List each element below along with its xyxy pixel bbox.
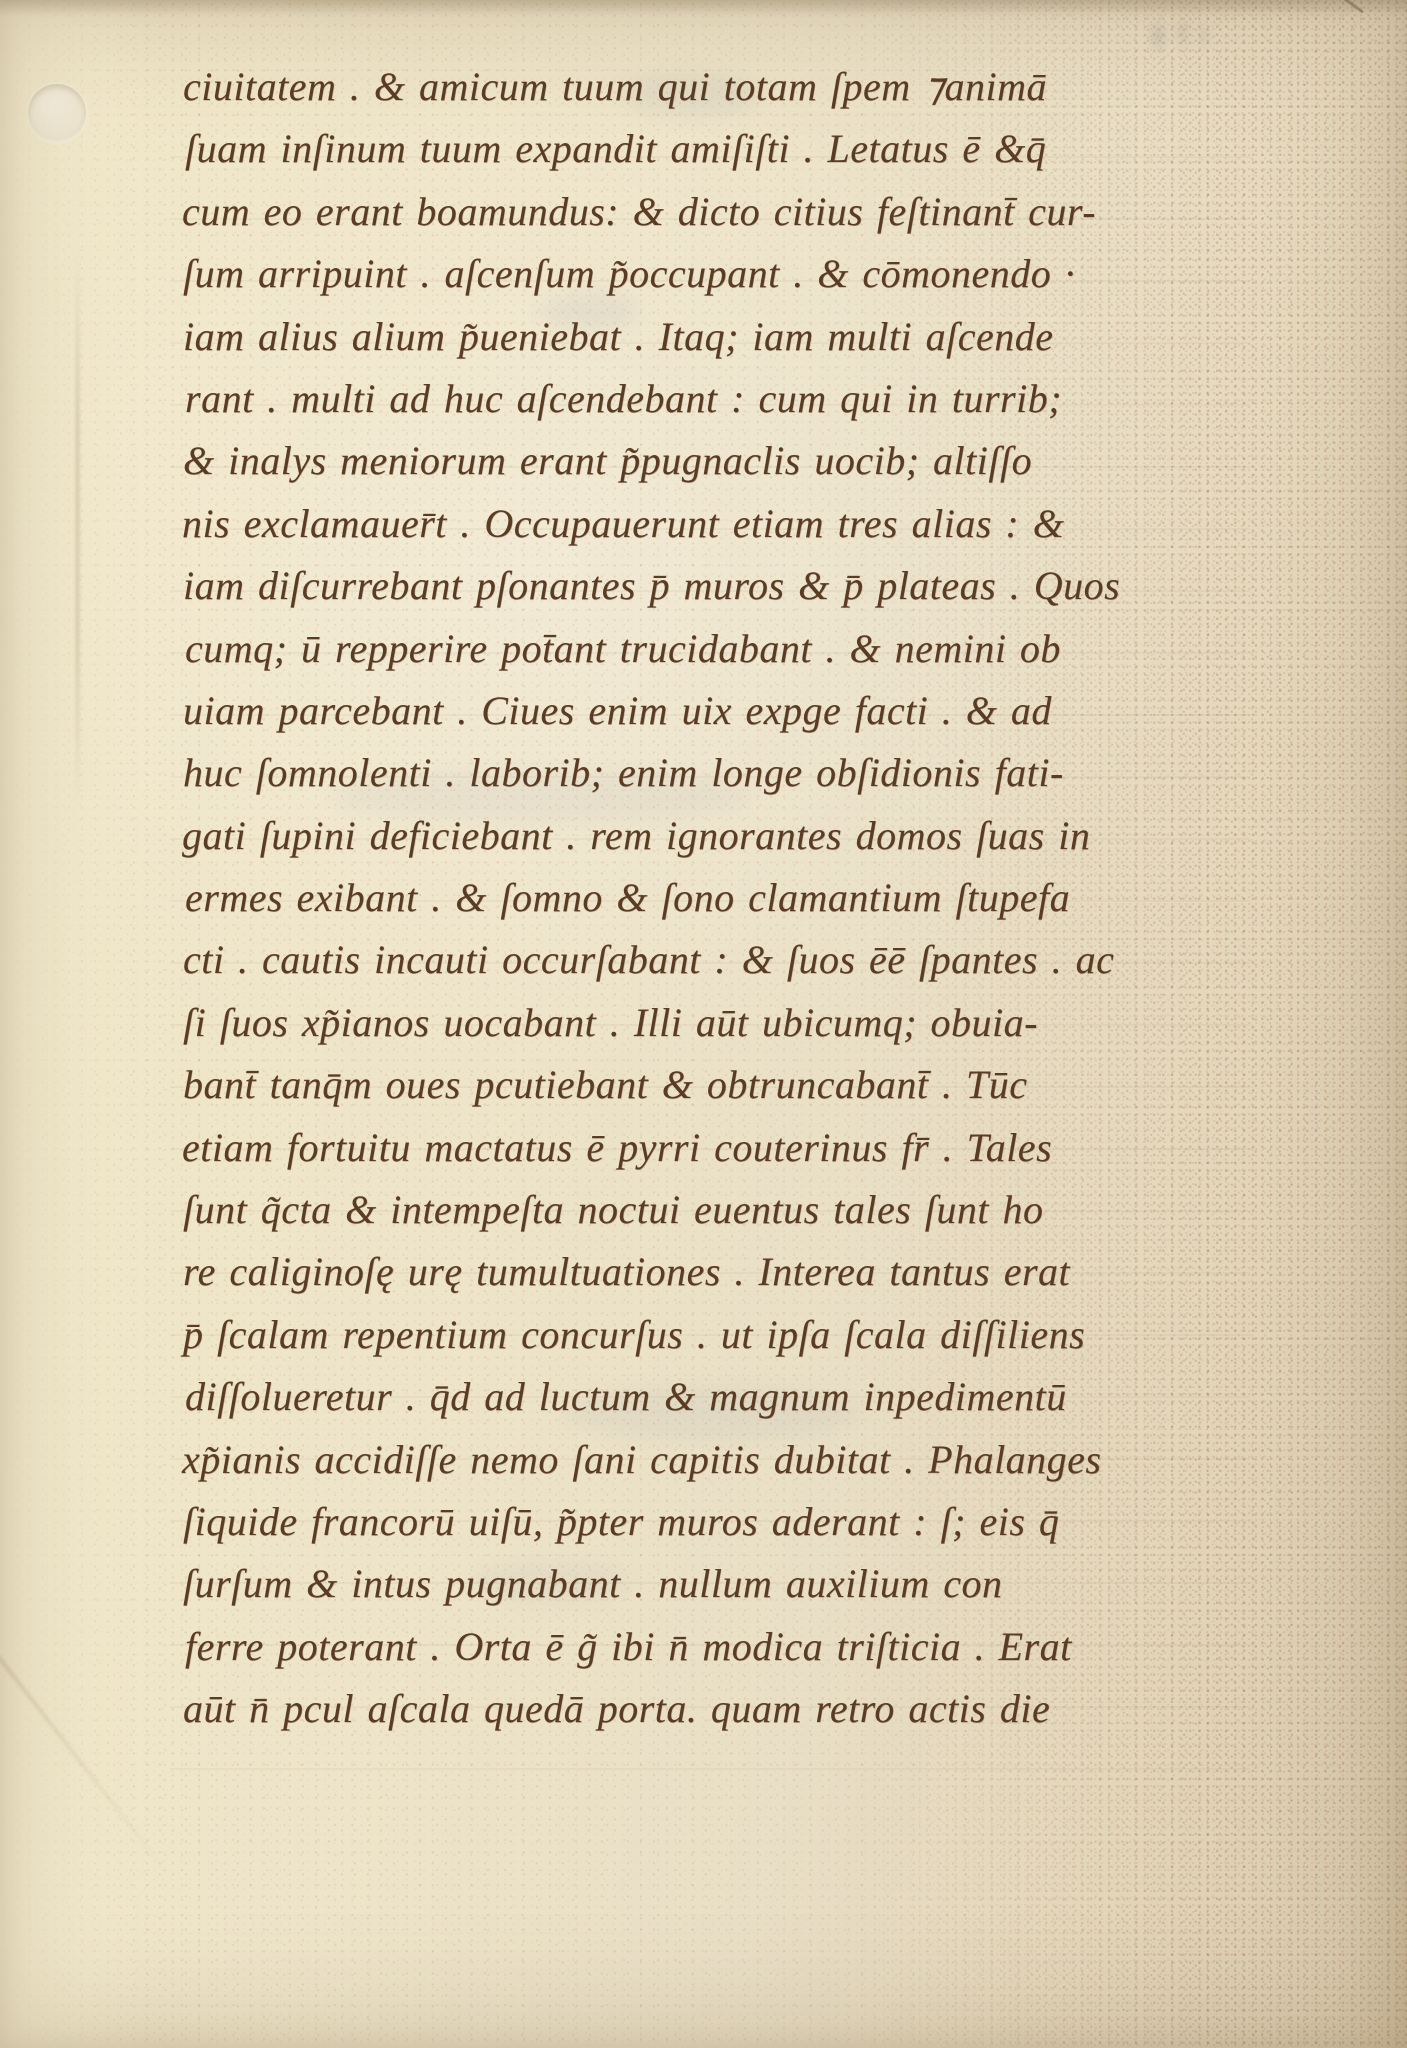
manuscript-line: ſunt q̃cta & intempeſta noctui euentus t… bbox=[183, 1179, 1253, 1241]
manuscript-page: ciuitatem . & amicum tuum qui totam ſpem… bbox=[0, 0, 1407, 2048]
manuscript-line: re caliginoſę urę tumultuationes . Inter… bbox=[183, 1241, 1253, 1303]
manuscript-line: ermes exibant . & ſomno & ſono clamantiu… bbox=[185, 867, 1255, 929]
manuscript-line: cumq; ū repperire pot̄ant trucidabant . … bbox=[185, 618, 1255, 680]
manuscript-line: uiam parcebant . Ciues enim uix expge fa… bbox=[183, 680, 1253, 742]
manuscript-line: cti . cautis incauti occurſabant : & ſuo… bbox=[183, 929, 1253, 991]
offset-ink-ghost-mark bbox=[1128, 2, 1228, 64]
manuscript-line: nis exclamauer̄t . Occupauerunt etiam tr… bbox=[182, 493, 1252, 555]
manuscript-line: ſuam inſinum tuum expandit amiſiſti . Le… bbox=[185, 118, 1255, 180]
manuscript-line: bant̄ tanq̄m oues pcutiebant & obtruncab… bbox=[183, 1054, 1253, 1116]
binding-hole bbox=[28, 84, 86, 142]
manuscript-line: ferre poterant . Orta ē g̃ ibi n̄ modica… bbox=[185, 1616, 1255, 1678]
manuscript-line: ſi ſuos xp̃ianos uocabant . Illi aūt ubi… bbox=[183, 992, 1253, 1054]
manuscript-line: diſſolueretur . q̄d ad luctum & magnum i… bbox=[185, 1366, 1255, 1428]
manuscript-line: gati ſupini deficiebant . rem ignorantes… bbox=[182, 805, 1252, 867]
manuscript-line: huc ſomnolenti . laborib; enim longe obſ… bbox=[183, 742, 1253, 804]
manuscript-line: ſiquide francorū uiſū, p̃pter muros ader… bbox=[183, 1491, 1253, 1553]
manuscript-line: ciuitatem . & amicum tuum qui totam ſpem… bbox=[183, 56, 1253, 118]
manuscript-line: iam diſcurrebant pſonantes p̄ muros & p̄… bbox=[183, 555, 1253, 617]
vertical-crease bbox=[76, 250, 79, 810]
manuscript-line: xp̃ianis accidiſſe nemo ſani capitis dub… bbox=[182, 1429, 1252, 1491]
manuscript-line: rant . multi ad huc aſcendebant : cum qu… bbox=[185, 368, 1255, 430]
manuscript-line: & inalys meniorum erant p̃pugnaclis uoci… bbox=[183, 430, 1253, 492]
manuscript-line: ſurſum & intus pugnabant . nullum auxili… bbox=[183, 1553, 1253, 1615]
diagonal-crease bbox=[0, 1618, 173, 1880]
text-block: ciuitatem . & amicum tuum qui totam ſpem… bbox=[183, 56, 1253, 1741]
page-top-edge-shadow bbox=[0, 0, 1407, 16]
manuscript-line: etiam fortuitu mactatus ē pyrri couterin… bbox=[182, 1117, 1252, 1179]
corner-pen-mark bbox=[1338, 0, 1364, 14]
manuscript-line: aūt n̄ pcul aſcala quedā porta. quam ret… bbox=[183, 1678, 1253, 1740]
manuscript-line: p̄ ſcalam repentium concurſus . ut ipſa … bbox=[183, 1304, 1253, 1366]
manuscript-line: iam alius alium p̃ueniebat . Itaq; iam m… bbox=[183, 306, 1253, 368]
manuscript-line: ſum arripuint . aſcenſum p̃occupant . & … bbox=[183, 243, 1253, 305]
manuscript-line: cum eo erant boamundus: & dicto citius f… bbox=[182, 181, 1252, 243]
